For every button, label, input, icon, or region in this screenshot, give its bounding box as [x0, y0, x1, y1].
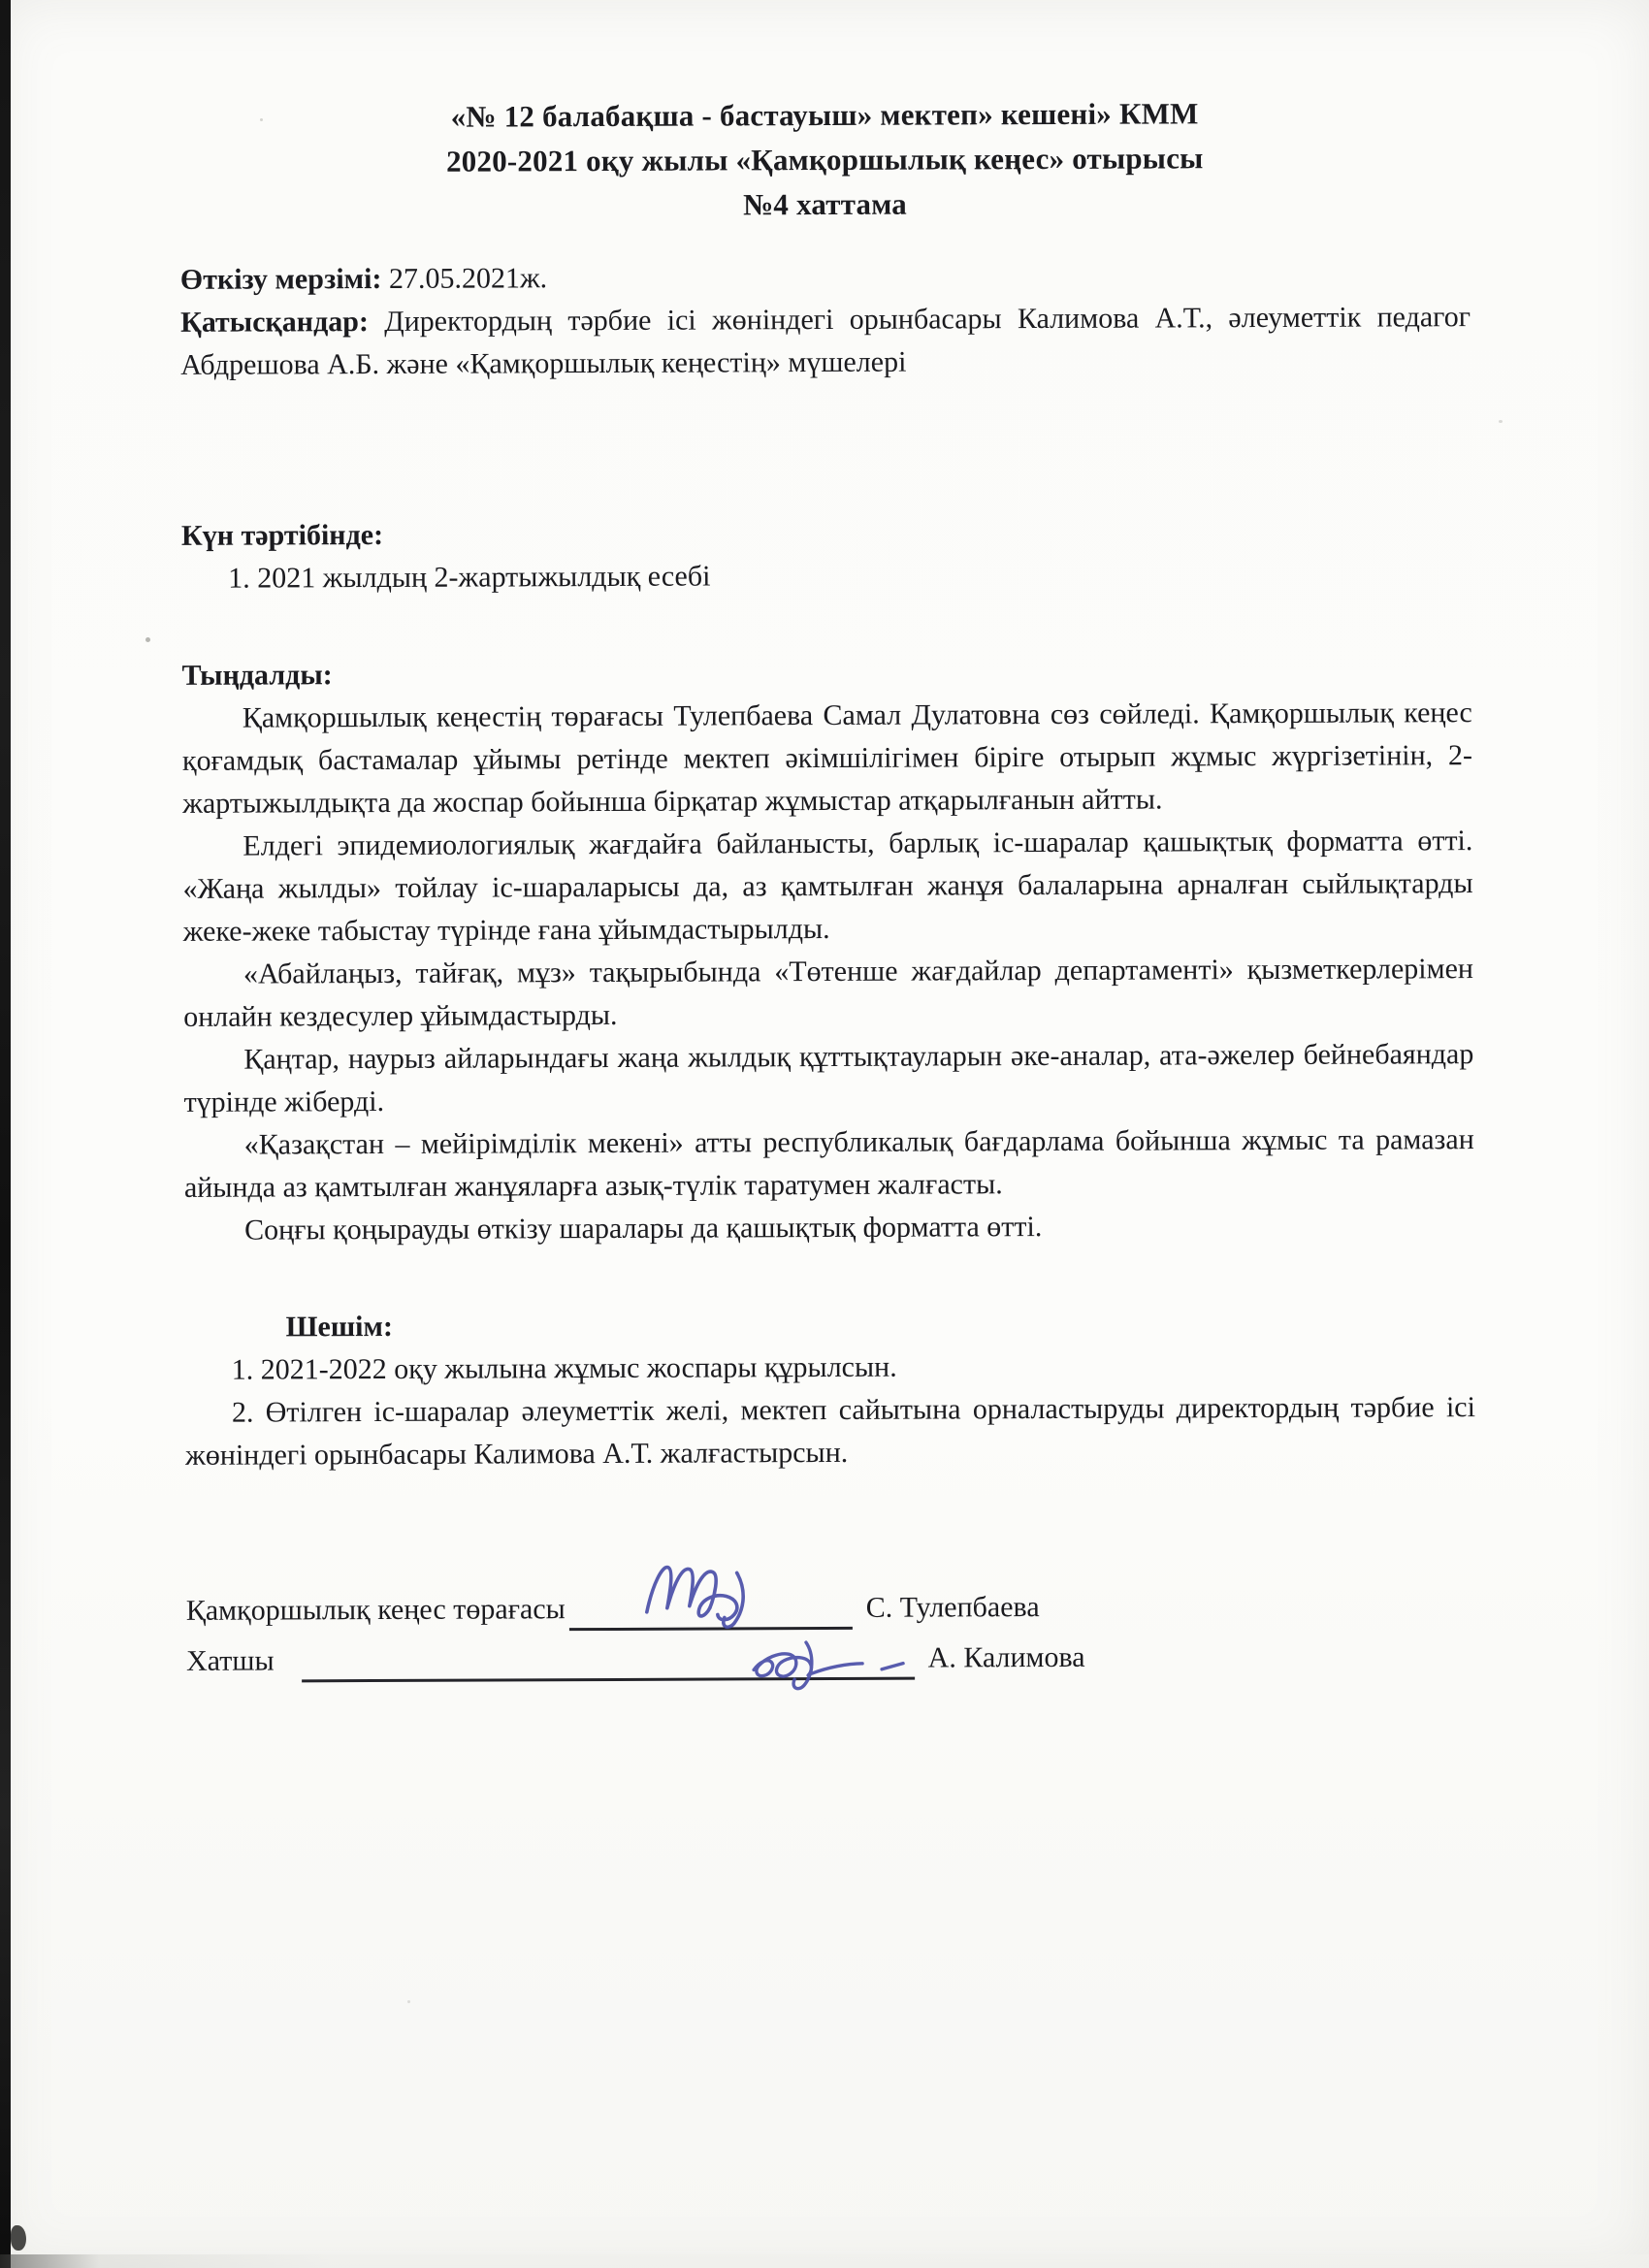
title-line-meeting: 2020-2021 оқу жылы «Қамқоршылық кеңес» о… [179, 135, 1470, 185]
scan-speck [407, 2000, 410, 2003]
agenda-section: Күн тәртібінде: 1. 2021 жылдың 2-жартыжы… [181, 509, 1471, 600]
title-line-protocol-number: №4 хаттама [179, 179, 1470, 230]
heard-paragraph: «Абайлаңыз, тайғақ, мұз» тақырыбында «Тө… [183, 948, 1473, 1039]
scan-speck [145, 637, 150, 642]
participants-label: Қатысқандар: [180, 306, 369, 339]
heard-heading: Тыңдалды: [182, 649, 1472, 697]
heard-paragraph: Қамқоршылық кеңестің төрағасы Тулепбаева… [182, 692, 1473, 826]
decision-heading: Шешім: [184, 1301, 1474, 1349]
agenda-item: 1. 2021 жылдың 2-жартыжылдық есебі [181, 552, 1471, 600]
decision-item: 2. Өтілген іс-шаралар әлеуметтік желі, м… [185, 1386, 1475, 1477]
signature-line [569, 1588, 853, 1631]
heard-paragraph: Елдегі эпидемиологиялық жағдайға байланы… [182, 820, 1473, 954]
heard-section: Тыңдалды: Қамқоршылық кеңестің төрағасы … [182, 649, 1475, 1252]
decision-section: Шешім: 1. 2021-2022 оқу жылына жұмыс жос… [184, 1301, 1475, 1477]
meeting-date-line: Өткізу мерзімі: 27.05.2021ж. [180, 253, 1471, 302]
scan-bottom-shadow [0, 2254, 1649, 2268]
signature-row-secretary: Хатшы А. Калимова [186, 1627, 1476, 1683]
signature-name-secretary: А. Калимова [928, 1636, 1085, 1680]
signature-name-chairperson: С. Тулепбаева [866, 1586, 1040, 1630]
title-line-organization: «№ 12 балабақша - бастауыш» мектеп» кеше… [179, 90, 1470, 141]
meta-section: Өткізу мерзімі: 27.05.2021ж. Қатысқандар… [180, 253, 1471, 387]
scan-edge-shadow [0, 0, 11, 2268]
meeting-date-value: 27.05.2021ж. [381, 262, 547, 295]
scanned-page: «№ 12 балабақша - бастауыш» мектеп» кеше… [0, 0, 1649, 2268]
heard-paragraph: Қаңтар, наурыз айларындағы жаңа жылдық қ… [183, 1033, 1473, 1124]
signature-role-secretary: Хатшы [186, 1639, 275, 1682]
participants-value: Директордың тәрбие ісі жөніндегі орынбас… [180, 301, 1471, 381]
agenda-heading: Күн тәртібінде: [181, 509, 1471, 558]
signature-block: Қамқоршылық кеңес төрағасы С. Тулепбаева… [186, 1576, 1476, 1683]
signature-line [302, 1638, 915, 1683]
signature-role-chairperson: Қамқоршылық кеңес төрағасы [186, 1588, 566, 1633]
document-title: «№ 12 балабақша - бастауыш» мектеп» кеше… [179, 90, 1471, 230]
heard-paragraph: Соңғы қоңырауды өткізу шаралары да қашық… [184, 1204, 1474, 1252]
scan-speck [1499, 420, 1503, 423]
document-content: «№ 12 балабақша - бастауыш» мектеп» кеше… [179, 90, 1476, 1683]
participants-line: Қатысқандар: Директордың тәрбие ісі жөні… [180, 296, 1471, 387]
meeting-date-label: Өткізу мерзімі: [180, 263, 382, 296]
signature-row-chairperson: Қамқоршылық кеңес төрағасы С. Тулепбаева [186, 1576, 1476, 1633]
heard-paragraph: «Қазақстан – мейірімділік мекені» атты р… [184, 1118, 1474, 1210]
scan-artifact-mark [11, 2225, 26, 2251]
handwritten-signature-icon [745, 1624, 939, 1699]
handwritten-signature-icon [636, 1551, 801, 1634]
decision-item: 1. 2021-2022 оқу жылына жұмыс жоспары құ… [185, 1344, 1475, 1392]
